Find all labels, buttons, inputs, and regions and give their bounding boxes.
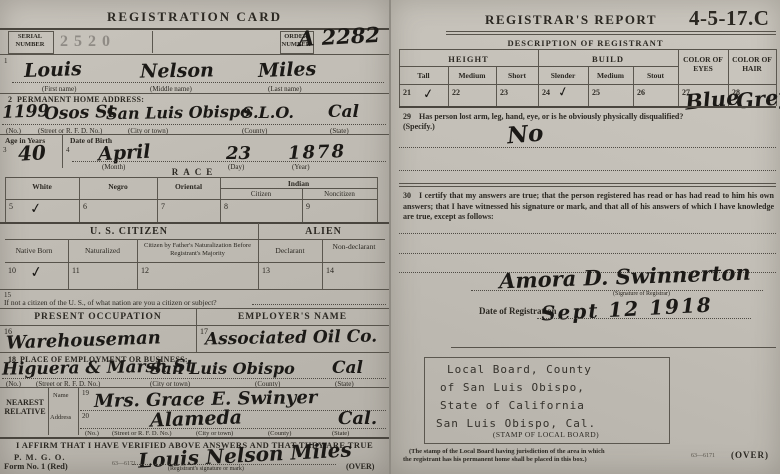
name-line — [12, 82, 384, 83]
address-city-value: San Luis Obispo — [106, 102, 251, 124]
height-medium-label: Medium — [448, 71, 496, 80]
q29-answer-line — [399, 147, 776, 148]
divider — [451, 347, 776, 348]
divider — [446, 34, 776, 35]
alien-header: ALIEN — [258, 226, 389, 237]
date-line — [537, 318, 751, 319]
stamp-line-4: San Luis Obispo, Cal. — [436, 417, 596, 430]
divider — [399, 186, 776, 187]
line19-number: 19 — [82, 389, 89, 397]
relative-address-line — [80, 428, 386, 429]
q29-answer-value: No — [506, 119, 545, 149]
non-declarant-label: Non-declarant — [322, 243, 386, 251]
race-white-label: White — [5, 182, 79, 191]
divider — [0, 93, 389, 94]
divider — [152, 31, 153, 53]
dob-number: 4 — [66, 146, 70, 154]
naturalized-label: Naturalized — [68, 246, 137, 255]
registrars-report-back: REGISTRAR'S REPORT 4-5-17.C DESCRIPTION … — [391, 0, 780, 474]
native-born-checkmark: ✓ — [29, 262, 45, 282]
relative-address-label: Address — [50, 414, 71, 421]
line15-answer-line — [252, 304, 386, 305]
address-no-value: 1199 — [2, 101, 50, 123]
divider — [48, 387, 49, 435]
relative-street-label: (Street or R. F. D. No.) — [112, 430, 172, 437]
line20-number: 20 — [82, 412, 89, 420]
declarant-label: Declarant — [258, 246, 322, 255]
race-oriental-label: Oriental — [157, 182, 220, 191]
form-number-label: Form No. 1 (Red) — [4, 461, 68, 471]
divider — [446, 31, 776, 32]
dob-line — [72, 161, 386, 162]
address-line — [2, 124, 386, 125]
naturalized-number: 11 — [72, 266, 80, 275]
scanned-draft-registration-card: { "colors": {"paper": "#c2beb6", "ink": … — [0, 0, 780, 474]
stamp-note-line-1: (The stamp of the Local Board having jur… — [409, 448, 605, 455]
declarant-number: 13 — [262, 266, 270, 275]
race-indian-citizen-number: 8 — [224, 202, 228, 211]
build-medium-number: 25 — [592, 88, 600, 97]
q29-question: Has person lost arm, leg, hand, eye, or … — [419, 112, 683, 121]
relative-no-label: (No.) — [85, 430, 99, 437]
date-of-registration-value: Sept 12 1918 — [540, 293, 713, 326]
serial-value: 2520 — [60, 33, 116, 51]
divider — [399, 183, 776, 184]
address-street-value: Osos St — [44, 102, 116, 124]
relative-state-label: (State) — [332, 430, 349, 437]
registrant-signature-line — [132, 464, 336, 465]
stamp-line-2: of San Luis Obispo, — [440, 381, 585, 394]
divider — [0, 54, 389, 55]
divider — [399, 49, 776, 50]
height-short-number: 23 — [500, 88, 508, 97]
race-header: RACE — [0, 167, 389, 177]
last-name-value: Miles — [258, 58, 317, 82]
race-oriental-number: 7 — [161, 202, 165, 211]
build-header: BUILD — [538, 54, 678, 64]
address-state-value: Cal — [328, 102, 359, 122]
divider — [0, 222, 389, 224]
employer-value: Associated Oil Co. — [205, 326, 377, 349]
native-born-number: 10 — [8, 266, 16, 275]
build-slender-number: 24 — [542, 88, 550, 97]
race-indian-label: Indian — [220, 179, 377, 188]
divider — [399, 84, 776, 85]
divider — [220, 188, 377, 189]
nearest-relative-label: NEAREST RELATIVE — [2, 398, 48, 416]
divider — [5, 239, 385, 240]
race-indian-citizen-label: Citizen — [220, 190, 302, 198]
divider — [0, 325, 389, 326]
build-medium-label: Medium — [588, 71, 633, 80]
stamp-line-1: Local Board, County — [447, 363, 592, 376]
height-tall-label: Tall — [399, 71, 448, 80]
citizen-by-father-label: Citizen by Father's Naturalization Befor… — [139, 242, 256, 258]
divider — [0, 352, 389, 353]
form-code: 4-5-17.C — [689, 6, 769, 31]
occupation-value: Warehouseman — [6, 327, 161, 353]
right-over-label: (OVER) — [731, 450, 769, 460]
build-stout-label: Stout — [633, 71, 678, 80]
stamp-box-label: (STAMP OF LOCAL BOARD) — [424, 430, 668, 439]
race-negro-label: Negro — [79, 182, 157, 191]
divider — [399, 106, 776, 108]
divider — [0, 289, 389, 290]
employment-city-value: San Luis Obispo — [150, 359, 295, 378]
race-white-number: 5 — [9, 202, 13, 211]
color-of-eyes-header: COLOR OF EYES — [680, 55, 726, 73]
divider — [0, 308, 389, 309]
height-tall-number: 21 — [403, 88, 411, 97]
employment-state-value: Cal — [332, 358, 363, 378]
first-name-value: Louis — [24, 58, 82, 82]
divider — [5, 199, 377, 200]
report-title: REGISTRAR'S REPORT — [451, 12, 691, 28]
card-title: REGISTRATION CARD — [0, 9, 389, 25]
build-slender-label: Slender — [538, 71, 588, 80]
employers-name-header: EMPLOYER'S NAME — [196, 312, 389, 322]
relative-state-value: Cal. — [338, 408, 377, 429]
serial-label: SERIAL NUMBER — [9, 33, 51, 49]
height-short-label: Short — [496, 71, 538, 80]
non-declarant-number: 14 — [326, 266, 334, 275]
blank-line — [399, 253, 776, 254]
hair-color-value: Grey — [735, 83, 780, 114]
race-negro-number: 6 — [83, 202, 87, 211]
us-citizen-header: U. S. CITIZEN — [0, 226, 258, 237]
color-of-hair-header: COLOR OF HAIR — [730, 55, 774, 73]
registrar-signature-value: Amora D. Swinnerton — [499, 260, 751, 294]
height-medium-number: 22 — [452, 88, 460, 97]
age-number: 3 — [3, 146, 7, 154]
divider — [5, 262, 385, 263]
height-header: HEIGHT — [399, 54, 538, 64]
present-occupation-header: PRESENT OCCUPATION — [0, 312, 196, 322]
address-county-value: S.L.O. — [242, 103, 294, 122]
left-over-label: (OVER) — [346, 462, 374, 471]
race-indian-noncitizen-label: Noncitizen — [302, 190, 377, 198]
age-value: 40 — [17, 140, 46, 165]
citizen-by-father-number: 12 — [141, 266, 149, 275]
divider — [62, 134, 63, 168]
q29-specify-label: (Specify.) — [403, 122, 435, 131]
middle-name-value: Nelson — [140, 59, 214, 82]
line1-number: 1 — [4, 57, 8, 65]
line15-question: If not a citizen of the U. S., of what n… — [4, 298, 217, 307]
middle-name-label: (Middle name) — [150, 85, 192, 93]
relative-city-label: (City or town) — [196, 430, 233, 437]
divider — [5, 177, 377, 178]
order-value: A 2282 — [297, 22, 380, 51]
first-name-label: (First name) — [42, 85, 76, 93]
relative-county-label: (County) — [268, 430, 291, 437]
build-stout-number: 26 — [637, 88, 645, 97]
divider — [678, 49, 679, 106]
stamp-line-3: State of California — [440, 399, 585, 412]
description-header: DESCRIPTION OF REGISTRANT — [391, 38, 780, 48]
divider — [0, 387, 389, 388]
right-print-code: 63—6171 — [691, 453, 715, 459]
divider — [137, 239, 138, 289]
stamp-note-line-2: the registrant has his permanent home sh… — [403, 456, 587, 463]
race-indian-noncitizen-number: 9 — [306, 202, 310, 211]
blank-line — [399, 170, 776, 171]
build-slender-checkmark: ✓ — [556, 84, 570, 101]
relative-name-label: Name — [53, 392, 69, 399]
q29-number: 29 — [403, 112, 411, 121]
registration-card-front: REGISTRATION CARD SERIAL NUMBER 2520 ORD… — [0, 0, 389, 474]
divider — [377, 177, 378, 222]
native-born-label: Native Born — [0, 246, 68, 255]
blank-line — [399, 233, 776, 234]
last-name-label: (Last name) — [268, 85, 302, 93]
employment-line — [2, 378, 386, 379]
divider — [78, 387, 79, 435]
registrant-signature-label: (Registrant's signature or mark) — [168, 466, 244, 472]
q30-text: I certify that my answers are true; that… — [403, 191, 774, 223]
height-tall-checkmark: ✓ — [422, 86, 435, 102]
divider — [399, 66, 678, 67]
race-white-checkmark: ✓ — [29, 200, 43, 217]
divider — [258, 223, 259, 289]
divider — [0, 134, 389, 135]
